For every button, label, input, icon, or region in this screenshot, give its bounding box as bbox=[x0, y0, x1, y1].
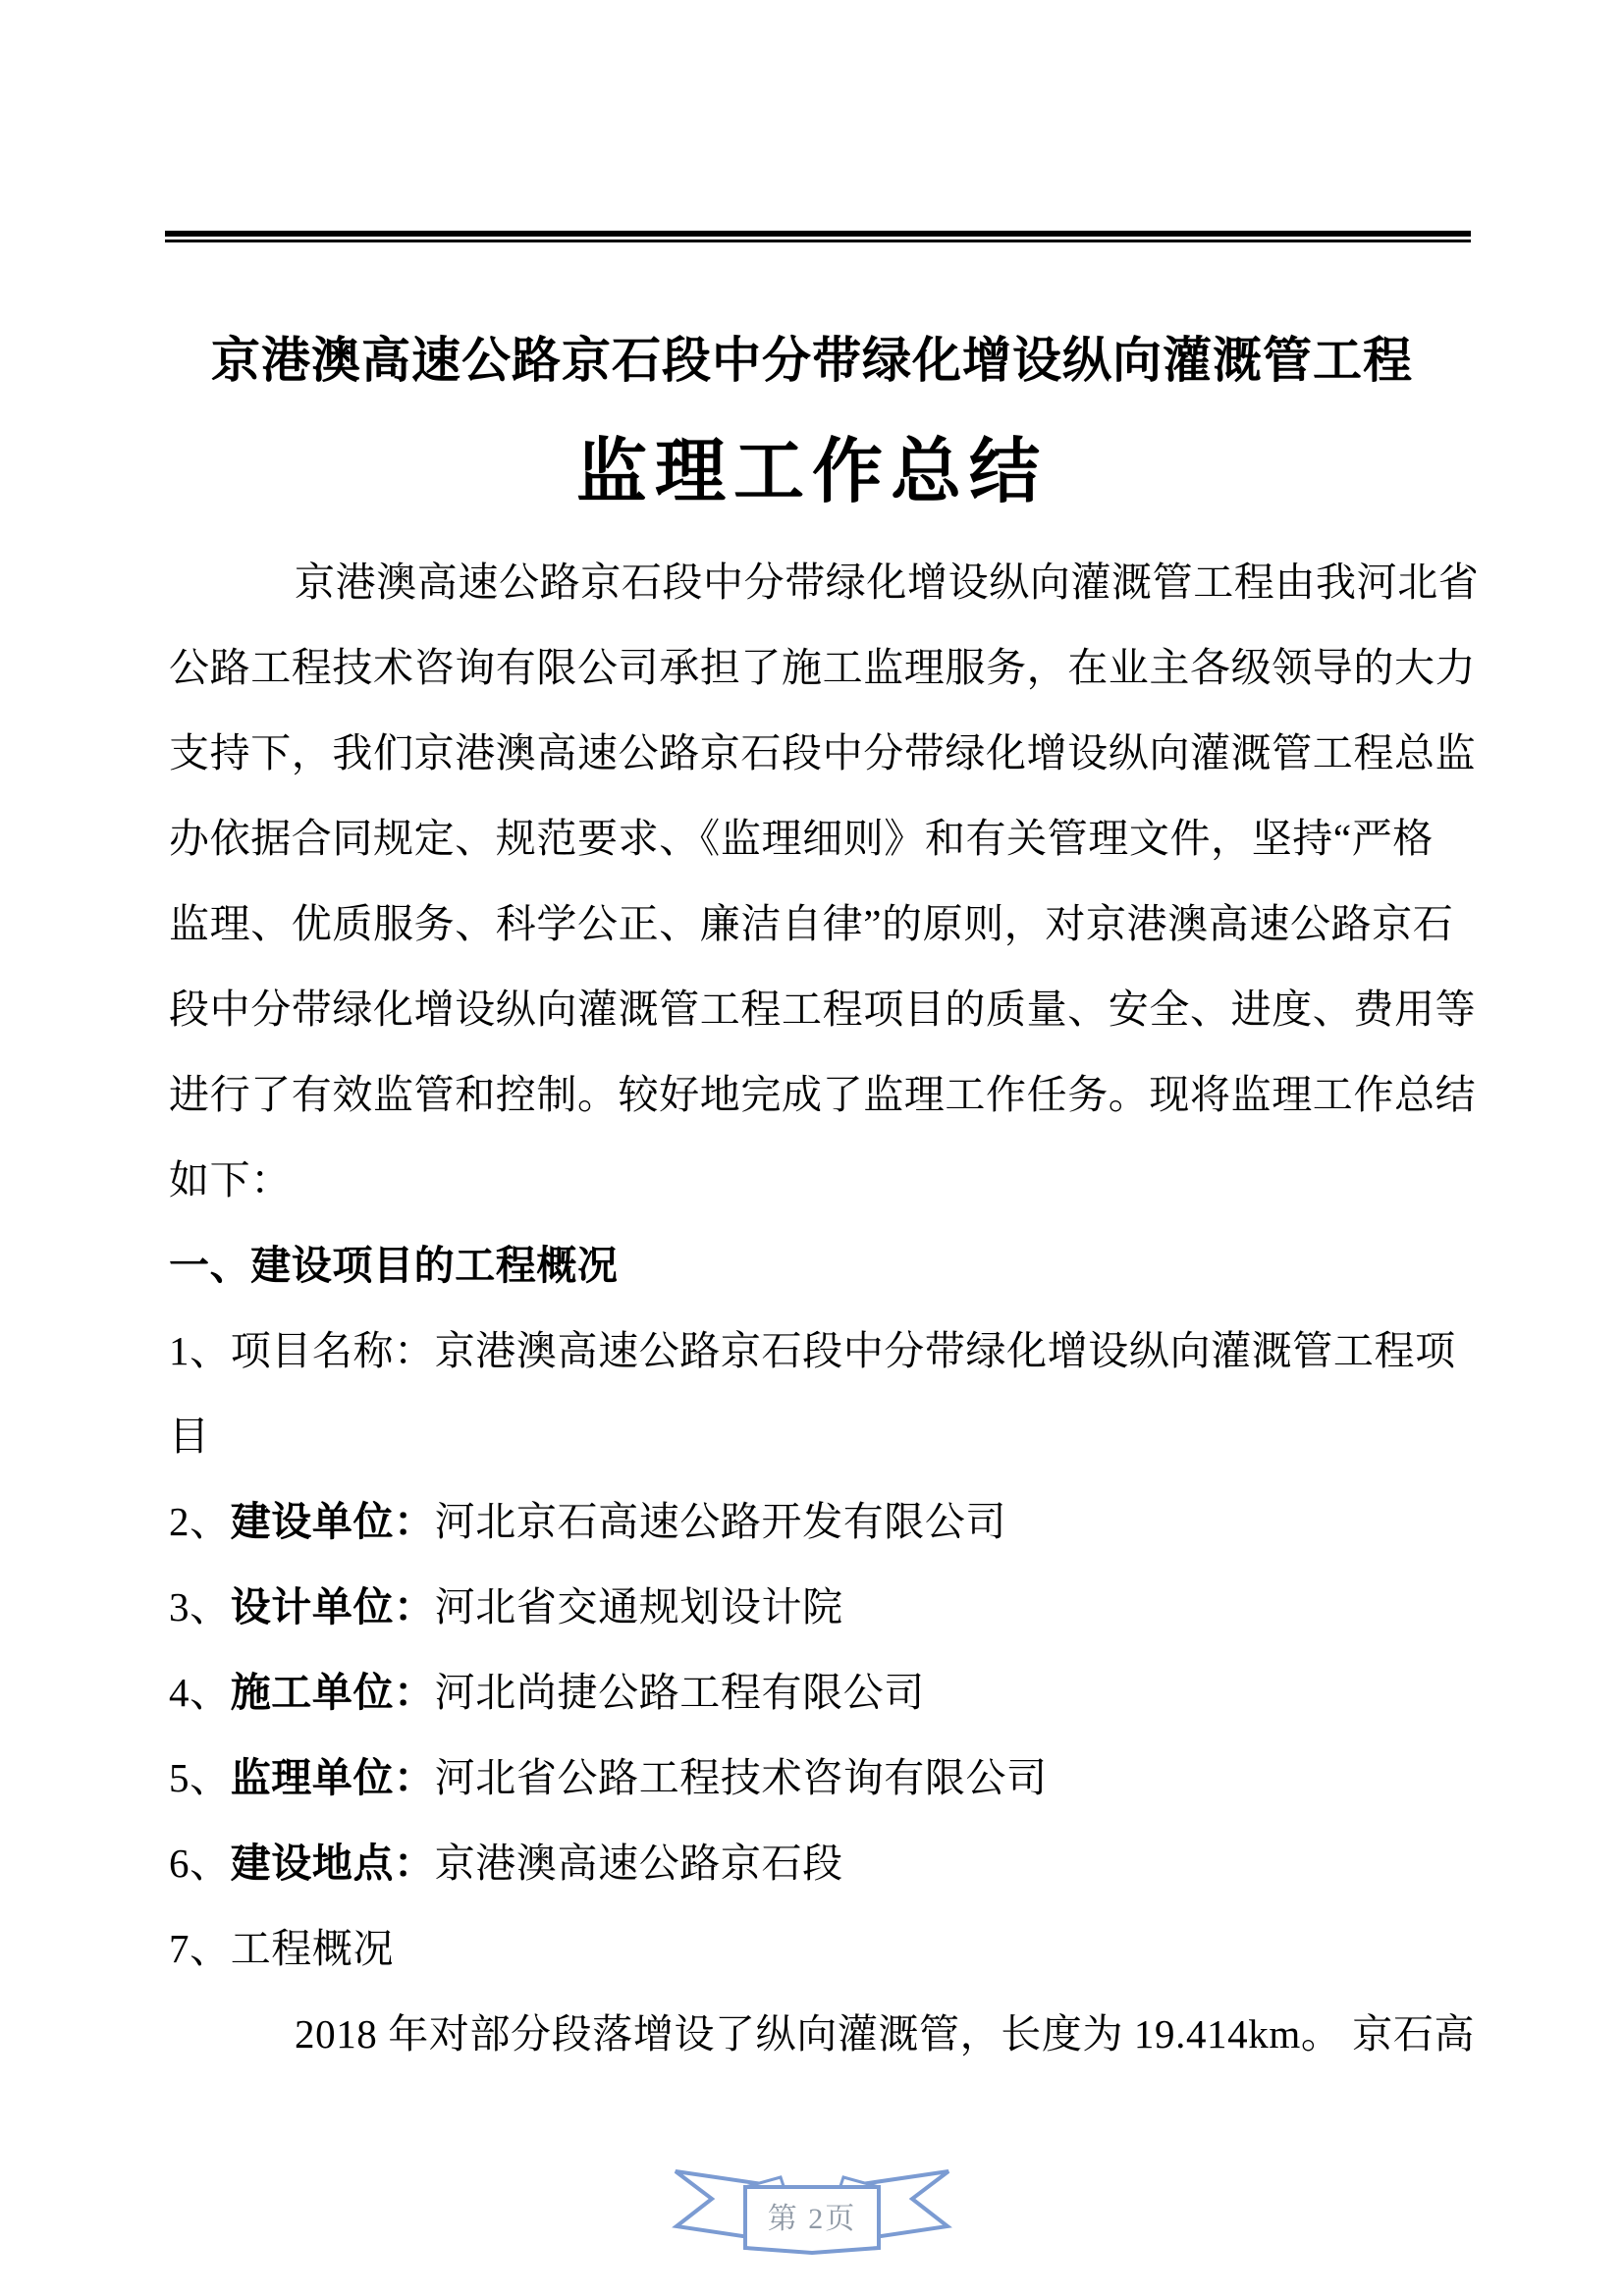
section-heading: 一、建设项目的工程概况 bbox=[169, 1223, 1489, 1308]
item-value: 京港澳高速公路京石段 bbox=[435, 1841, 843, 1886]
item-value: 京港澳高速公路京石段中分带绿化增设纵向灌溉管工程项 bbox=[435, 1328, 1456, 1373]
item-value: 河北尚捷公路工程有限公司 bbox=[435, 1670, 925, 1715]
paragraph-line-2: 公路工程技术咨询有限公司承担了施工监理服务，在业主各级领导的大力 bbox=[169, 625, 1489, 711]
item-label: 建设地点： bbox=[231, 1841, 435, 1886]
overview-line: 2018 年对部分段落增设了纵向灌溉管，长度为 19.414km。 京石高 bbox=[169, 1992, 1489, 2077]
paragraph-line-6: 段中分带绿化增设纵向灌溉管工程工程项目的质量、安全、进度、费用等 bbox=[169, 967, 1489, 1052]
item-value: 河北省公路工程技术咨询有限公司 bbox=[435, 1755, 1048, 1800]
item-number: 3、 bbox=[169, 1584, 231, 1629]
item-value: 河北省交通规划设计院 bbox=[435, 1584, 843, 1629]
item-label: 工程概况 bbox=[231, 1926, 394, 1971]
list-item-3: 3、设计单位：河北省交通规划设计院 bbox=[169, 1565, 1489, 1650]
page-number-ribbon: 第 2页 bbox=[665, 2165, 959, 2256]
paragraph-line-8: 如下： bbox=[169, 1138, 1489, 1223]
item-label: 建设单位： bbox=[231, 1499, 435, 1544]
header-rule-thin bbox=[165, 240, 1471, 242]
item-label: 设计单位： bbox=[231, 1584, 435, 1629]
item-number: 4、 bbox=[169, 1670, 231, 1715]
document-body: 京港澳高速公路京石段中分带绿化增设纵向灌溉管工程由我河北省 公路工程技术咨询有限… bbox=[169, 540, 1489, 2077]
item-number: 5、 bbox=[169, 1755, 231, 1800]
list-item-5: 5、监理单位：河北省公路工程技术咨询有限公司 bbox=[169, 1735, 1489, 1821]
item-number: 7、 bbox=[169, 1926, 231, 1971]
item-number: 1、 bbox=[169, 1328, 231, 1373]
document-title: 京港澳高速公路京石段中分带绿化增设纵向灌溉管工程 bbox=[0, 330, 1624, 391]
paragraph-line-7: 进行了有效监管和控制。较好地完成了监理工作任务。现将监理工作总结 bbox=[169, 1052, 1489, 1138]
item-label: 施工单位： bbox=[231, 1670, 435, 1715]
item-label: 项目名称： bbox=[231, 1328, 435, 1373]
list-item-7: 7、工程概况 bbox=[169, 1906, 1489, 1992]
main-title: 监理工作总结 bbox=[0, 430, 1624, 514]
header-double-rule bbox=[165, 231, 1471, 242]
list-item-1-wrap: 目 bbox=[169, 1394, 1489, 1479]
header-rule-thick bbox=[165, 231, 1471, 237]
page-number: 第 2页 bbox=[768, 2203, 857, 2235]
item-number: 2、 bbox=[169, 1499, 231, 1544]
item-label: 监理单位： bbox=[231, 1755, 435, 1800]
item-value: 河北京石高速公路开发有限公司 bbox=[435, 1499, 1006, 1544]
paragraph-line-4: 办依据合同规定、规范要求、《监理细则》和有关管理文件，坚持“严格 bbox=[169, 796, 1489, 881]
list-item-4: 4、施工单位：河北尚捷公路工程有限公司 bbox=[169, 1650, 1489, 1735]
list-item-1: 1、项目名称：京港澳高速公路京石段中分带绿化增设纵向灌溉管工程项 bbox=[169, 1308, 1489, 1394]
item-number: 6、 bbox=[169, 1841, 231, 1886]
list-item-6: 6、建设地点：京港澳高速公路京石段 bbox=[169, 1821, 1489, 1906]
paragraph-line-1: 京港澳高速公路京石段中分带绿化增设纵向灌溉管工程由我河北省 bbox=[169, 540, 1489, 625]
list-item-2: 2、建设单位：河北京石高速公路开发有限公司 bbox=[169, 1479, 1489, 1565]
paragraph-line-3: 支持下，我们京港澳高速公路京石段中分带绿化增设纵向灌溉管工程总监 bbox=[169, 711, 1489, 796]
paragraph-line-5: 监理、优质服务、科学公正、廉洁自律”的原则，对京港澳高速公路京石 bbox=[169, 881, 1489, 967]
document-page: 京港澳高速公路京石段中分带绿化增设纵向灌溉管工程 监理工作总结 京港澳高速公路京… bbox=[0, 0, 1624, 2296]
